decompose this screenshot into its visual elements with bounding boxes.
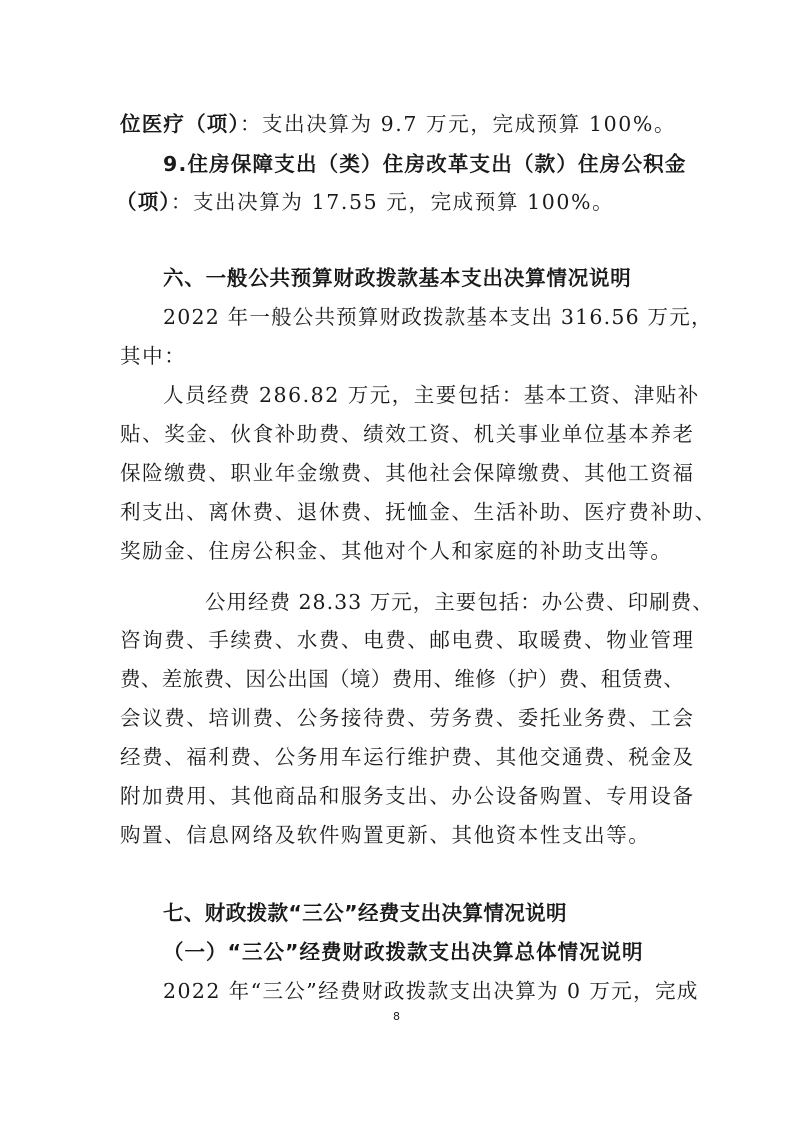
section-6-para-line-2: 其中： bbox=[120, 344, 680, 368]
public-line-4: 会议费、培训费、公务接待费、劳务费、委托业务费、工会 bbox=[120, 706, 680, 730]
item-9-heading: 9.住房保障支出（类）住房改革支出（款）住房公积金 bbox=[163, 152, 723, 176]
section-7-para-line-1: 2022 年“三公”经费财政拨款支出决算为 0 万元，完成 bbox=[163, 979, 723, 1003]
item-9-label: 9.住房保障支出（类）住房改革支出（款）住房公积金 bbox=[163, 152, 687, 176]
personnel-line-5: 奖励金、住房公积金、其他对个人和家庭的补助支出等。 bbox=[120, 539, 680, 563]
item-8-text: ：支出决算为 9.7 万元，完成预算 100%。 bbox=[240, 112, 676, 136]
public-line-3: 费、差旅费、因公出国（境）费用、维修（护）费、租赁费、 bbox=[120, 667, 680, 691]
section-6-heading: 六、一般公共预算财政拨款基本支出决算情况说明 bbox=[163, 266, 723, 290]
public-line-7: 购置、信息网络及软件购置更新、其他资本性支出等。 bbox=[120, 823, 680, 847]
page-number: 8 bbox=[0, 1010, 793, 1023]
personnel-line-3: 保险缴费、职业年金缴费、其他社会保障缴费、其他工资福 bbox=[120, 461, 680, 485]
section-7-subheading: （一）“三公”经费财政拨款支出决算总体情况说明 bbox=[163, 940, 723, 964]
item-8-continuation: 位医疗（项）：支出决算为 9.7 万元，完成预算 100%。 bbox=[120, 112, 680, 136]
personnel-line-1: 人员经费 286.82 万元，主要包括：基本工资、津贴补 bbox=[163, 383, 680, 407]
personnel-line-4: 利支出、离休费、退休费、抚恤金、生活补助、医疗费补助、 bbox=[120, 500, 680, 524]
item-9-label-end: （项） bbox=[116, 190, 171, 214]
item-8-label: 位医疗（项） bbox=[120, 112, 240, 136]
public-line-1: 公用经费 28.33 万元，主要包括：办公费、印刷费、 bbox=[205, 590, 765, 614]
item-9-continuation: （项）：支出决算为 17.55 元，完成预算 100%。 bbox=[116, 190, 676, 214]
public-line-2: 咨询费、手续费、水费、电费、邮电费、取暖费、物业管理 bbox=[120, 628, 680, 652]
item-9-text: ：支出决算为 17.55 元，完成预算 100%。 bbox=[171, 190, 614, 214]
public-line-6: 附加费用、其他商品和服务支出、办公设备购置、专用设备 bbox=[120, 784, 680, 808]
public-line-5: 经费、福利费、公务用车运行维护费、其他交通费、税金及 bbox=[120, 745, 680, 769]
section-6-para-line-1: 2022 年一般公共预算财政拨款基本支出 316.56 万元， bbox=[163, 305, 723, 329]
personnel-line-2: 贴、奖金、伙食补助费、绩效工资、机关事业单位基本养老 bbox=[120, 422, 680, 446]
section-7-heading: 七、财政拨款“三公”经费支出决算情况说明 bbox=[163, 901, 723, 925]
